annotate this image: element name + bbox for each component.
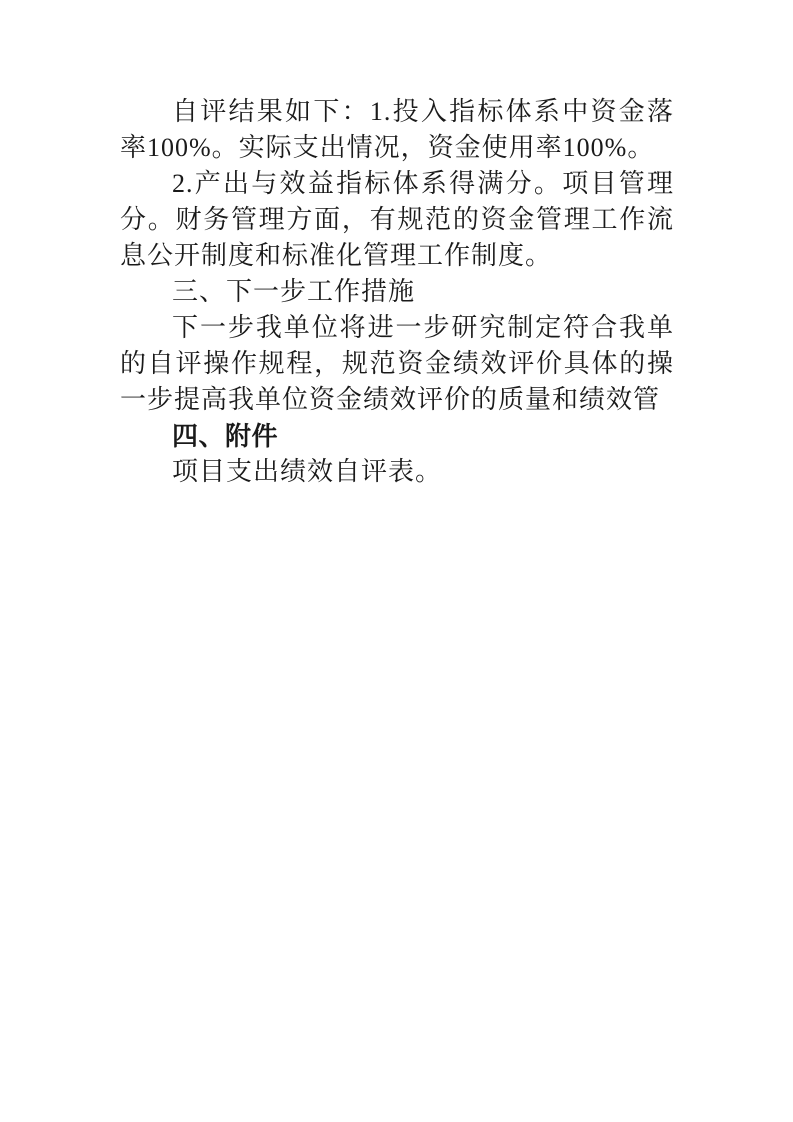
document-page: 自评结果如下：1.投入指标体系中资金落实情况到位 率100%。实际支出情况，资金… — [0, 0, 793, 1122]
text-line: 下一步我单位将进一步研究制定符合我单位更加具体 — [120, 310, 674, 346]
text-line: 一步提高我单位资金绩效评价的质量和绩效管理水平。 — [120, 382, 674, 418]
text-line: 自评结果如下：1.投入指标体系中资金落实情况到位 — [120, 94, 674, 130]
text-line: 2.产出与效益指标体系得满分。项目管理情况指标得满 — [120, 166, 674, 202]
text-line: 项目支出绩效自评表。 — [120, 454, 674, 490]
text-line: 的自评操作规程，规范资金绩效评价具体的操作方式，进 — [120, 346, 674, 382]
text-line: 分。财务管理方面，有规范的资金管理工作流程，建立信 — [120, 202, 674, 238]
heading-attachments: 四、附件 — [120, 418, 674, 454]
para-next-step-plan: 下一步我单位将进一步研究制定符合我单位更加具体 的自评操作规程，规范资金绩效评价… — [120, 310, 674, 418]
heading-text-line: 三、下一步工作措施 — [120, 274, 674, 310]
para-indicator-scores: 2.产出与效益指标体系得满分。项目管理情况指标得满 分。财务管理方面，有规范的资… — [120, 166, 674, 274]
heading-next-step-measures: 三、下一步工作措施 — [120, 274, 674, 310]
text-line: 率100%。实际支出情况，资金使用率100%。 — [120, 130, 674, 166]
text-line: 息公开制度和标准化管理工作制度。 — [120, 238, 674, 274]
document-body: 自评结果如下：1.投入指标体系中资金落实情况到位 率100%。实际支出情况，资金… — [120, 94, 674, 490]
heading-text-line: 四、附件 — [120, 418, 674, 454]
para-self-eval-results: 自评结果如下：1.投入指标体系中资金落实情况到位 率100%。实际支出情况，资金… — [120, 94, 674, 166]
para-attachment-item: 项目支出绩效自评表。 — [120, 454, 674, 490]
